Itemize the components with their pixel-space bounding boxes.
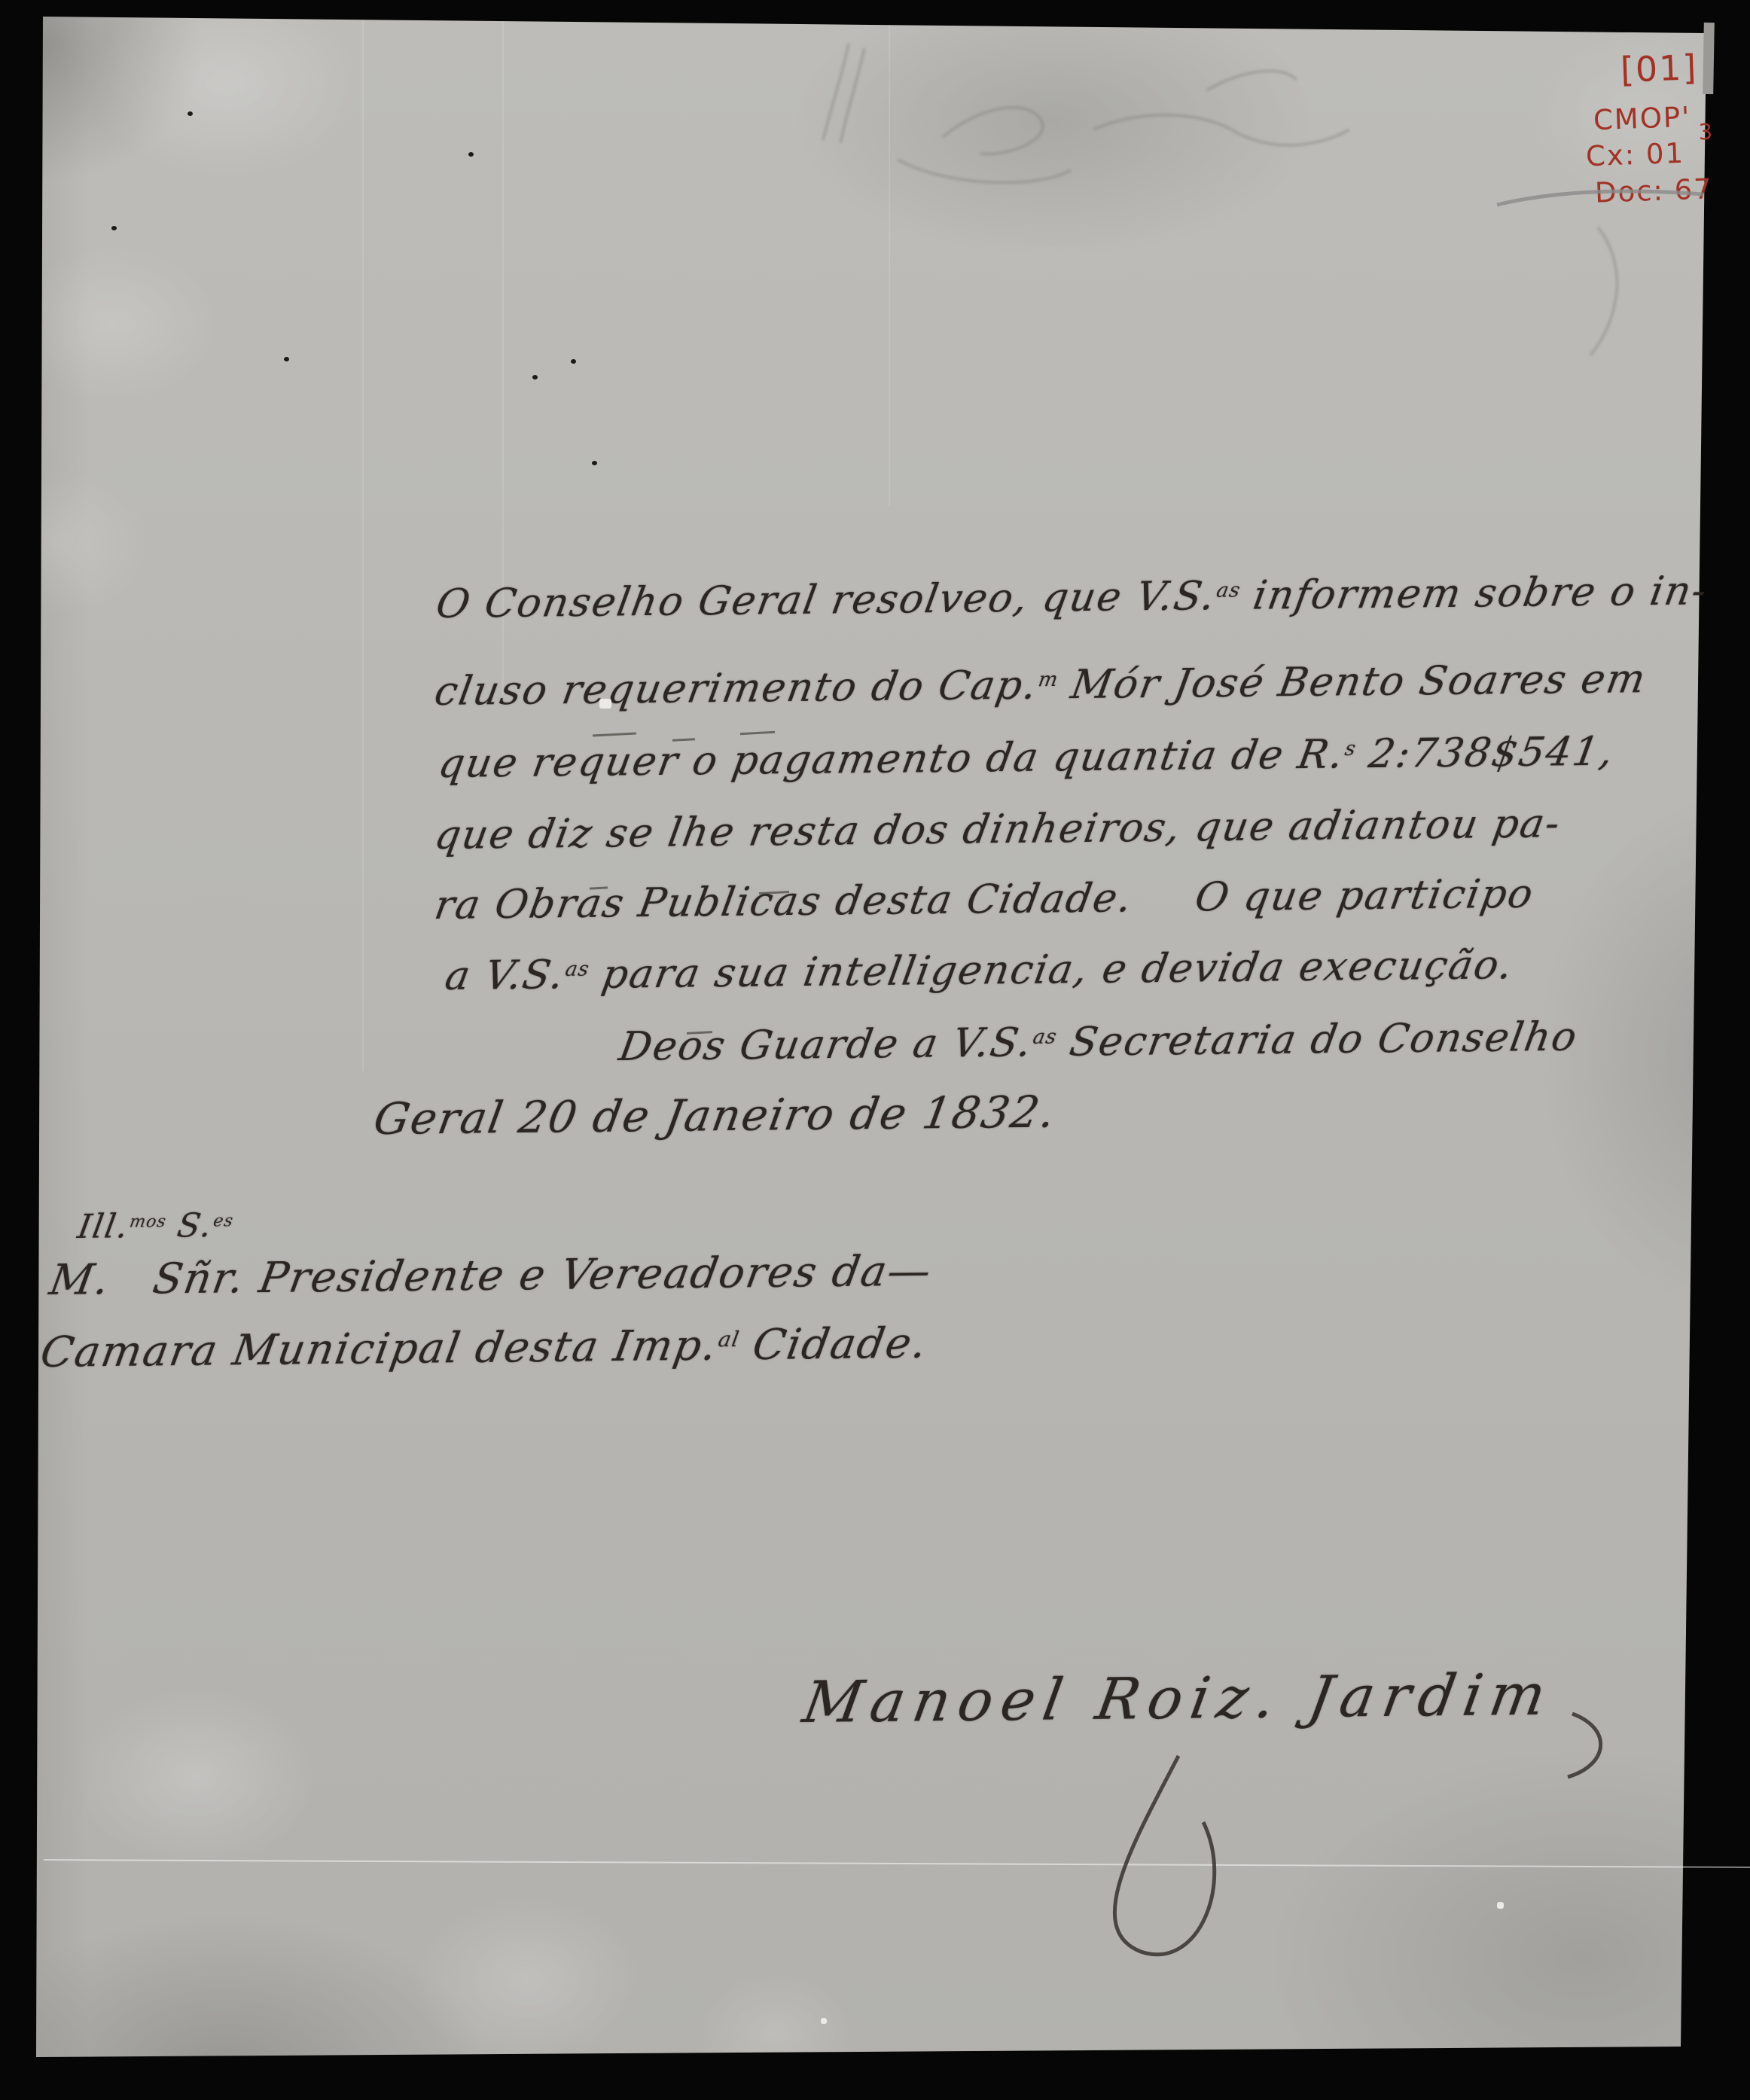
paper-fleck <box>1497 1902 1504 1909</box>
ink-speck <box>111 226 117 230</box>
paper-fleck <box>599 699 611 709</box>
addressee-line: Ill.mos S.es <box>75 1206 236 1246</box>
archive-mark-fond-note: 3 <box>1698 119 1715 145</box>
scanned-letter-screenshot: { "colors": { "background": "#060606", "… <box>0 0 1750 2100</box>
second-page-edge <box>1703 23 1715 94</box>
archive-mark-box: Cx: 01 <box>1585 137 1684 173</box>
archive-mark-fond: CMOP' 3 <box>1593 101 1691 136</box>
ink-speck <box>468 152 474 157</box>
paper-crease <box>362 17 364 1071</box>
paper-fleck <box>821 2018 827 2024</box>
ink-speck <box>592 461 597 465</box>
archive-mark-doc: Doc: 67 <box>1594 172 1713 209</box>
signature: Manoel Roiz. Jardim <box>798 1661 1559 1736</box>
addressee-line: Camara Municipal desta Imp.al Cidade. <box>37 1319 931 1377</box>
addressee-line: M. Sñr. Presidente e Vereadores da— <box>46 1247 935 1305</box>
archive-mark-fond-code: CMOP' <box>1593 101 1691 136</box>
ink-speck <box>284 357 289 361</box>
ink-speck <box>571 359 576 364</box>
ink-speck <box>532 375 538 379</box>
body-line: Geral 20 de Janeiro de 1832. <box>370 1087 1060 1144</box>
paper-crease <box>889 17 890 506</box>
ink-speck <box>187 111 193 116</box>
archive-mark-item-number: [01] <box>1620 47 1698 90</box>
